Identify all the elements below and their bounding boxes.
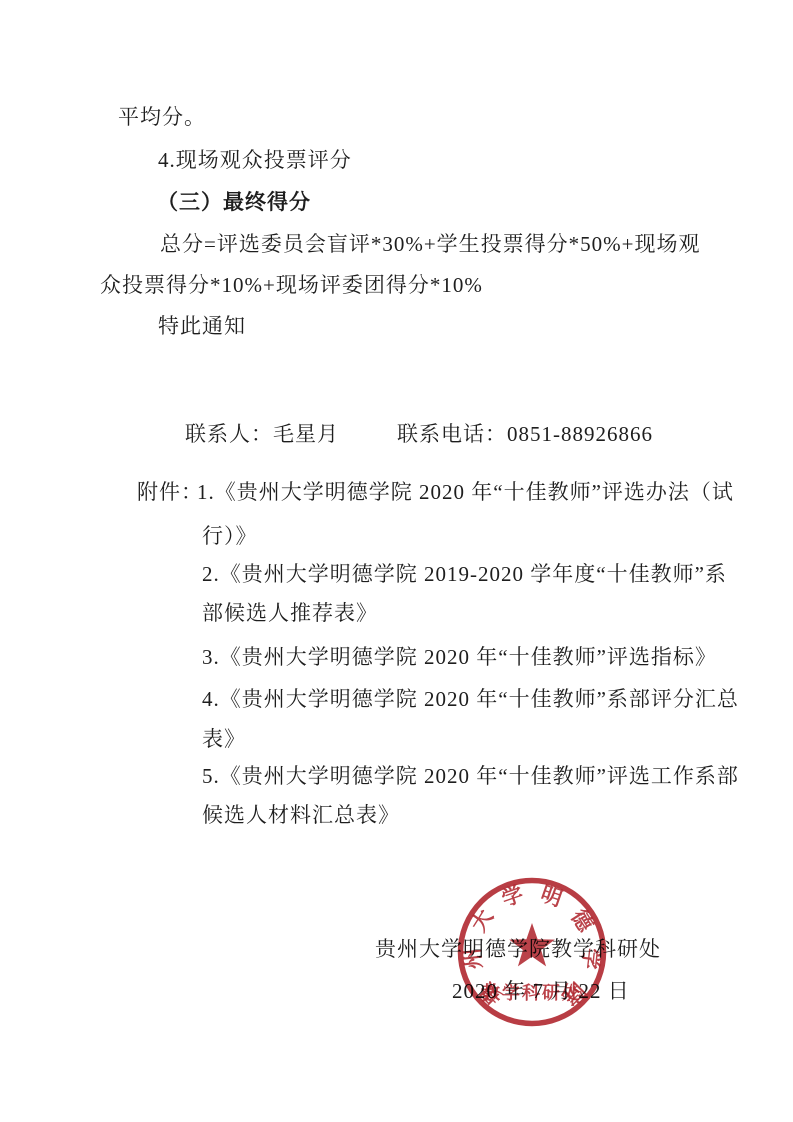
body-paragraph-end: 平均分。 [118, 105, 206, 129]
signature-department: 贵州大学明德学院教学科研处 [375, 937, 661, 961]
svg-text:明: 明 [538, 882, 566, 912]
signature-date: 2020 年 7 月 22 日 [452, 979, 630, 1003]
attachment-line: 部候选人推荐表》 [202, 601, 378, 625]
attachment-line: 表》 [202, 727, 246, 751]
attachment-label: 附件： [137, 480, 203, 504]
contact-phone: 联系电话：0851-88926866 [397, 422, 653, 446]
attachment-line: 3.《贵州大学明德学院 2020 年“十佳教师”评选指标》 [202, 645, 717, 669]
contact-line: 联系人：毛星月联系电话：0851-88926866 [160, 398, 653, 470]
document-page: 平均分。 4.现场观众投票评分 （三）最终得分 总分=评选委员会盲评*30%+学… [0, 0, 793, 1122]
attachment-line: 行）》 [202, 524, 258, 548]
body-item4: 4.现场观众投票评分 [158, 148, 352, 172]
svg-text:学: 学 [499, 882, 527, 912]
attachment-line: 4.《贵州大学明德学院 2020 年“十佳教师”系部评分汇总 [202, 687, 739, 711]
attachment-line: 2.《贵州大学明德学院 2019-2020 学年度“十佳教师”系 [202, 562, 727, 586]
svg-text:大: 大 [466, 905, 497, 936]
attachment-line: 5.《贵州大学明德学院 2020 年“十佳教师”评选工作系部 [202, 764, 739, 788]
attachment-line: 候选人材料汇总表》 [202, 803, 400, 827]
svg-text:德: 德 [566, 905, 598, 936]
section-heading: （三）最终得分 [157, 190, 311, 214]
contact-person: 联系人：毛星月 [185, 422, 339, 446]
attachment-line: 1.《贵州大学明德学院 2020 年“十佳教师”评选办法（试 [197, 480, 734, 504]
formula-line-2: 众投票得分*10%+现场评委团得分*10% [100, 273, 483, 297]
notice-line: 特此通知 [158, 314, 246, 338]
formula-line-1: 总分=评选委员会盲评*30%+学生投票得分*50%+现场观 [160, 232, 701, 256]
